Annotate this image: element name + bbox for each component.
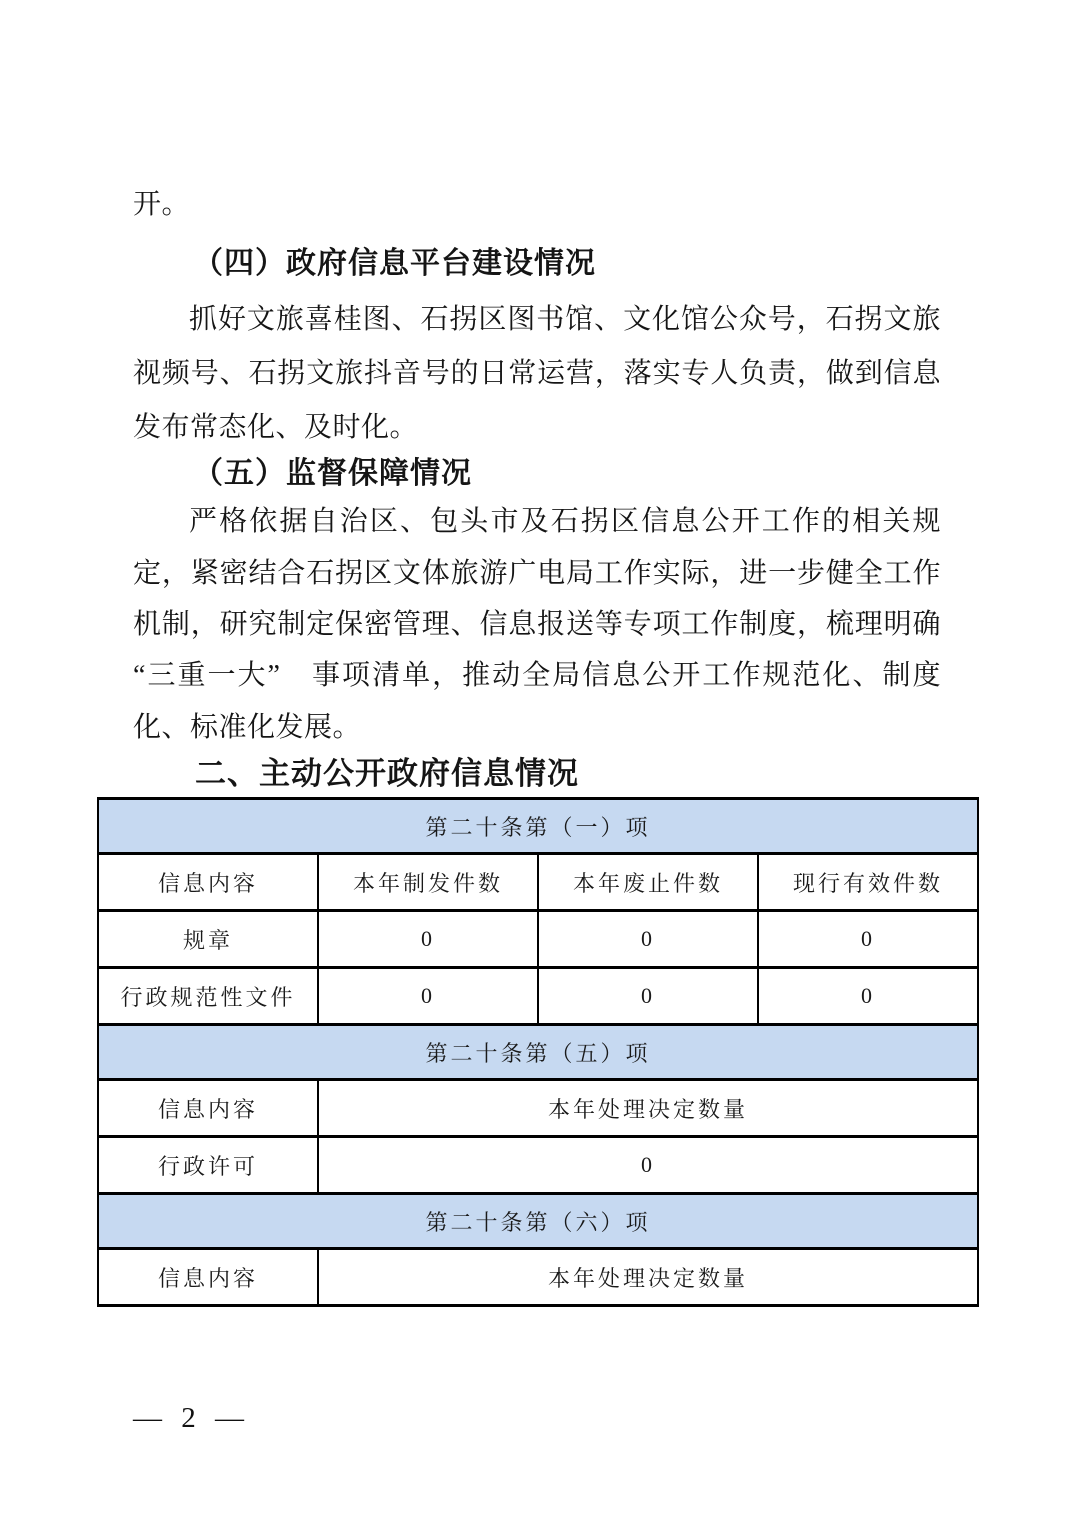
cell-value: 0 [538,911,758,968]
heading-section-2-main: 二、主动公开政府信息情况 [133,753,941,795]
table-data-row: 行政许可 0 [98,1137,978,1194]
row-label: 规章 [98,911,318,968]
table-data-row: 行政规范性文件 0 0 0 [98,968,978,1025]
paragraph-line: 抓好文旅喜桂图、石拐区图书馆、文化馆公众号，石拐文旅 [133,299,941,341]
paragraph-line: 发布常态化、及时化。 [133,407,941,449]
column-header: 本年制发件数 [318,854,538,911]
column-header: 本年处理决定数量 [318,1249,978,1306]
paragraph-line: 化、标准化发展。 [133,707,941,749]
column-header: 信息内容 [98,854,318,911]
disclosure-statistics-table: 第二十条第（一）项 信息内容 本年制发件数 本年废止件数 现行有效件数 规章 0… [97,797,979,1307]
paragraph-line: 定，紧密结合石拐区文体旅游广电局工作实际，进一步健全工作 [133,553,941,595]
cell-value: 0 [538,968,758,1025]
column-header: 信息内容 [98,1249,318,1306]
cell-value: 0 [318,911,538,968]
table-caption-row: 第二十条第（一）项 [98,799,978,854]
table-header-row: 信息内容 本年处理决定数量 [98,1080,978,1137]
row-label: 行政规范性文件 [98,968,318,1025]
cell-value: 0 [318,1137,978,1194]
column-header: 本年废止件数 [538,854,758,911]
table-section-title: 第二十条第（六）项 [98,1194,978,1249]
column-header: 本年处理决定数量 [318,1080,978,1137]
table-header-row: 信息内容 本年制发件数 本年废止件数 现行有效件数 [98,854,978,911]
cell-value: 0 [318,968,538,1025]
table-section-title: 第二十条第（五）项 [98,1025,978,1080]
heading-section-5: （五）监督保障情况 [133,453,941,495]
table-section-title: 第二十条第（一）项 [98,799,978,854]
column-header: 现行有效件数 [758,854,978,911]
table-caption-row: 第二十条第（六）项 [98,1194,978,1249]
paragraph-line: 严格依据自治区、包头市及石拐区信息公开工作的相关规 [133,501,941,543]
cell-value: 0 [758,911,978,968]
paragraph-line: 视频号、石拐文旅抖音号的日常运营，落实专人负责，做到信息 [133,353,941,395]
table-header-row: 信息内容 本年处理决定数量 [98,1249,978,1306]
row-label: 行政许可 [98,1137,318,1194]
document-page: 开。 （四）政府信息平台建设情况 抓好文旅喜桂图、石拐区图书馆、文化馆公众号，石… [0,0,1074,1520]
page-number: — 2 — [133,1402,250,1435]
table-data-row: 规章 0 0 0 [98,911,978,968]
paragraph-line: 开。 [133,184,941,226]
paragraph-line: “三重一大” 事项清单，推动全局信息公开工作规范化、制度 [133,655,941,697]
column-header: 信息内容 [98,1080,318,1137]
paragraph-line: 机制，研究制定保密管理、信息报送等专项工作制度，梳理明确 [133,604,941,646]
table-caption-row: 第二十条第（五）项 [98,1025,978,1080]
heading-section-4: （四）政府信息平台建设情况 [133,243,941,285]
cell-value: 0 [758,968,978,1025]
